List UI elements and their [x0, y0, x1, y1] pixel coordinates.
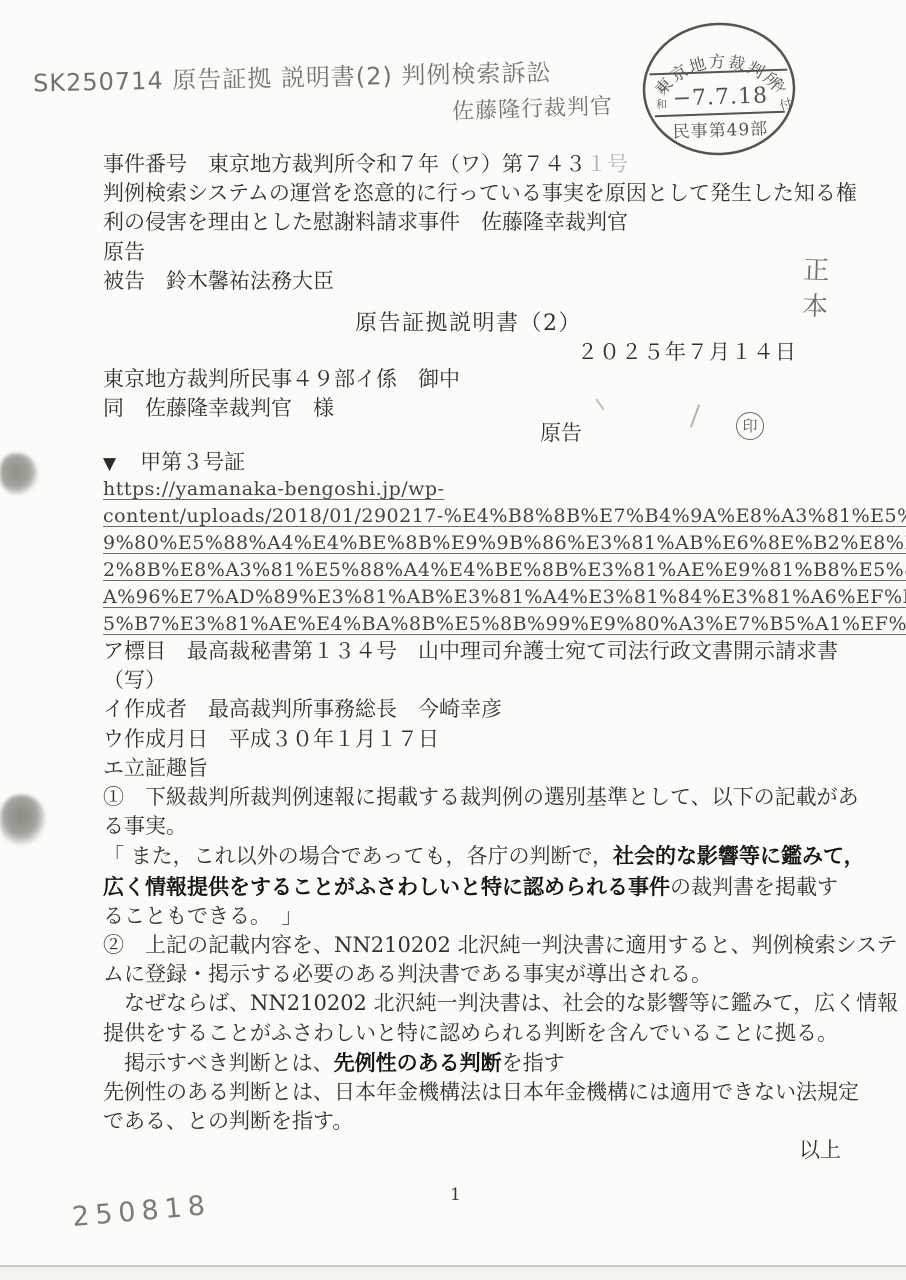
case-caption-block: 事件番号 東京地方裁判所令和７年（ワ）第７４３１号 判例検索システムの運営を恣意… [103, 150, 883, 296]
stamp-divider-bottom [655, 112, 785, 117]
case-number-faded-text: １号 [586, 152, 628, 176]
handwritten-annotation-top: SK250714 原告証拠 説明書(2) 判例検索訴訟 [33, 53, 552, 99]
evidence-description-block: ア標目 最高裁秘書第１３４号 山中理司弁護士宛て司法行政文書開示請求書 （写） … [103, 637, 863, 1166]
evidence-item-title: ア標目 最高裁秘書第１３４号 山中理司弁護士宛て司法行政文書開示請求書 [103, 637, 863, 666]
plaintiff-label: 原告 [103, 238, 883, 267]
case-number-text: 事件番号 東京地方裁判所令和７年（ワ）第７４３ [103, 152, 586, 176]
scanner-background-strip [0, 1267, 906, 1280]
point5-line2: である、との判断を指す。 [103, 1107, 863, 1136]
point4-regular: 掲示すべき判断とは、 [103, 1051, 334, 1075]
url-line: https://yamanaka-bengoshi.jp/wp- [103, 476, 873, 503]
point3-line2: 提供をすることがふさわしいと特に認められる判断を含んでいることに拠る。 [103, 1019, 863, 1048]
url-line: 2%8B%E8%A3%81%E5%88%A4%E4%BE%8B%E3%81%AE… [103, 557, 873, 584]
stamp-era-char2: 和 [656, 98, 667, 111]
triangle-marker-icon: ▼ [103, 454, 116, 474]
point5-line1: 先例性のある判断とは、日本年金機構法は日本年金機構には適用できない法規定 [103, 1078, 863, 1107]
stamp-reception-char2: 付 [778, 95, 794, 113]
quote-line3: ることもできる。 」 [103, 902, 863, 931]
stamp-division: 民事第49部 [672, 119, 768, 142]
document-title: 原告証拠説明書（2） [355, 306, 582, 337]
page-number: 1 [450, 1185, 461, 1205]
evidence-number: 甲第３号証 [140, 450, 245, 474]
closing-ijou: 以上 [103, 1136, 863, 1165]
court-reception-stamp: 東京地方裁判所 令 和 −7.7.18 受 付 民事第49部 [638, 17, 801, 160]
case-title-line1: 判例検索システムの運営を恣意的に行っている事実を原因として発生した知る権 [103, 179, 883, 208]
addressee-court: 東京地方裁判所民事４９部イ係 御中 [103, 365, 703, 394]
quote-line1: 「 また，これ以外の場合であっても，各庁の判断で，社会的な影響等に鑑みて， [103, 841, 863, 871]
point2-line2: ムに登録・掲示する必要のある判決書である事実が導出される。 [103, 960, 863, 989]
point4-line: 掲示すべき判断とは、先例性のある判断を指す [103, 1048, 863, 1078]
point2-line1: ② 上記の記載内容を、NN210202 北沢純一判決書に適用すると、判例検索シス… [103, 931, 863, 960]
stamp-reception-char1: 受 [771, 76, 787, 94]
case-title-line2: 利の侵害を理由とした慰謝料請求事件 佐藤隆幸裁判官 [103, 208, 883, 237]
document-date: ２０２５年７月１４日 [577, 336, 797, 366]
addressee-block: 東京地方裁判所民事４９部イ係 御中 同 佐藤隆幸裁判官 様 [103, 365, 703, 423]
quote-regular: の裁判書を掲載す [670, 875, 838, 899]
url-line: content/uploads/2018/01/290217-%E4%B8%8B… [103, 503, 873, 530]
signature-plaintiff-label: 原告 [540, 417, 582, 447]
url-line: A%96%E7%AD%89%E3%81%AB%E3%81%A4%E3%81%84… [103, 584, 873, 611]
point3-line1: なぜならば、NN210202 北沢純一判決書は、社会的な影響等に鑑みて，広く情報 [103, 989, 863, 1018]
handwritten-annotation-judge-name: 佐藤隆行裁判官 [452, 89, 614, 126]
stamp-graphic: 東京地方裁判所 令 和 −7.7.18 受 付 民事第49部 [638, 17, 801, 160]
scanned-document-page: SK250714 原告証拠 説明書(2) 判例検索訴訟 佐藤隆行裁判官 正本 2… [0, 0, 906, 1280]
evidence-item-date: ウ作成月日 平成３０年１月１７日 [103, 725, 863, 754]
point1-line1: ① 下級裁判所裁判例速報に掲載する裁判例の選別基準として、以下の記載があ [103, 783, 863, 812]
case-number-line: 事件番号 東京地方裁判所令和７年（ワ）第７４３１号 [103, 150, 883, 179]
evidence-heading: ▼甲第３号証 [103, 446, 245, 476]
point4-bold: 先例性のある判断 [334, 1050, 502, 1075]
quote-regular: 「 また，これ以外の場合であっても，各庁の判断で， [103, 844, 613, 868]
evidence-item-title-cont: （写） [103, 666, 863, 695]
evidence-url: https://yamanaka-bengoshi.jp/wp- content… [103, 476, 873, 638]
quote-line2: 広く情報提供をすることがふさわしいと特に認められる事件の裁判書を掲載す [103, 872, 863, 902]
stamp-era-char1: 令 [655, 82, 666, 96]
stamp-date: −7.7.18 [672, 83, 768, 111]
defendant-line: 被告 鈴木馨祐法務大臣 [103, 267, 883, 296]
url-line: 9%80%E5%88%A4%E4%BE%8B%E9%9B%86%E3%81%AB… [103, 530, 873, 557]
addressee-judge: 同 佐藤隆幸裁判官 様 [103, 394, 703, 423]
evidence-item-purpose: エ立証趣旨 [103, 754, 863, 783]
scan-smudge-artifact [0, 453, 38, 495]
quote-bold: 広く情報提供をすることがふさわしいと特に認められる事件 [103, 874, 670, 899]
quote-bold: 社会的な影響等に鑑みて， [613, 843, 865, 868]
handwritten-annotation-bottom: 250818 [71, 1190, 212, 1233]
point4-regular-end: を指す [502, 1051, 565, 1075]
scan-smudge-artifact [0, 795, 46, 845]
url-line: 5%B7%E3%81%AE%E4%BA%8B%E5%8B%99%E9%80%A3… [103, 611, 873, 638]
evidence-item-author: イ作成者 最高裁判所事務総長 今崎幸彦 [103, 695, 863, 724]
point1-line2: る事実。 [103, 812, 863, 841]
seal-stamp-icon: 印 [736, 412, 764, 440]
